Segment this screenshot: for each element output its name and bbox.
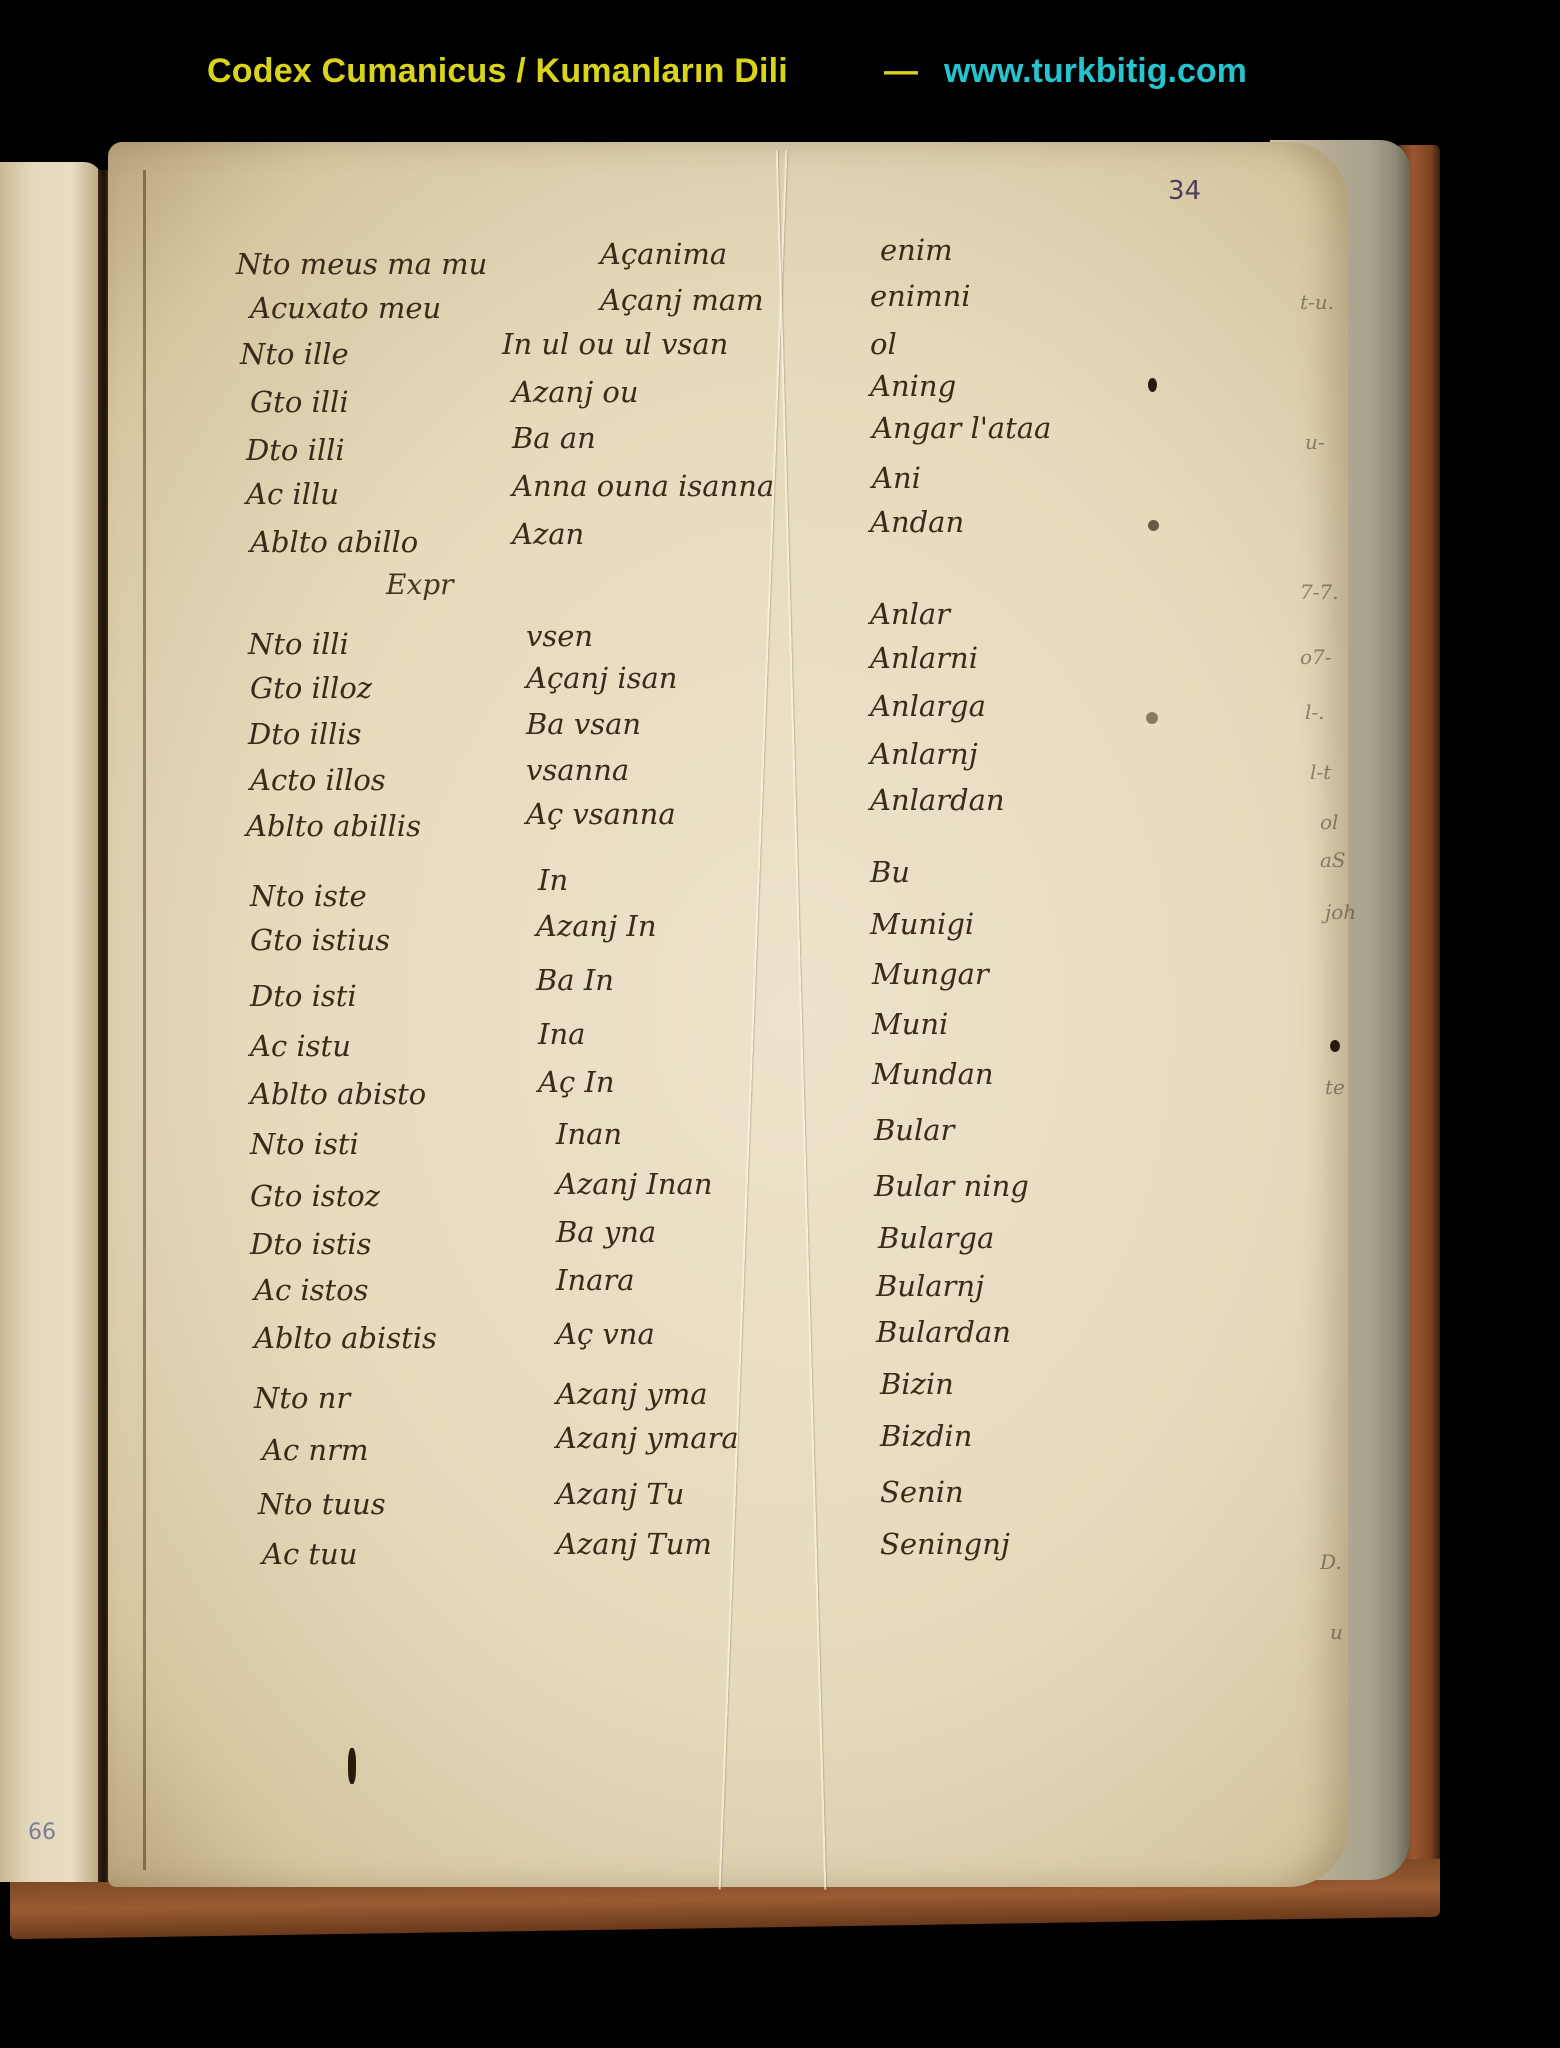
edge-scribble: l-t — [1310, 760, 1331, 784]
latin-cell: Ac nrm — [262, 1436, 368, 1465]
latin-cell: Nto illi — [248, 630, 349, 659]
persian-cell: Anna ouna isanna — [512, 472, 774, 501]
latin-cell: Nto meus ma mu — [236, 250, 487, 279]
section-heading: Expr — [386, 568, 454, 601]
persian-cell: Aç vna — [556, 1320, 655, 1349]
latin-cell: Gto illoz — [250, 674, 372, 703]
latin-cell: Dto isti — [250, 982, 357, 1011]
cuman-cell: enimni — [870, 282, 971, 311]
cuman-cell: Angar l'ataa — [872, 414, 1051, 443]
latin-cell: Acto illos — [250, 766, 386, 795]
cuman-cell: Bularnj — [876, 1272, 984, 1301]
persian-cell: Azanj yma — [556, 1380, 708, 1409]
persian-cell: In — [538, 866, 568, 895]
persian-cell: Açanj mam — [600, 286, 764, 315]
cuman-cell: Senin — [880, 1478, 964, 1507]
latin-cell: Gto istius — [250, 926, 390, 955]
cuman-cell: Bular ning — [874, 1172, 1029, 1201]
page-title: Codex Cumanicus / Kumanların Dili — [207, 52, 788, 91]
folio-number: 34 — [1168, 176, 1201, 206]
website-link[interactable]: www.turkbitig.com — [944, 52, 1247, 91]
cuman-cell: Anlarnj — [870, 740, 978, 769]
latin-cell: Ablto abillis — [246, 812, 421, 841]
ink-blot — [1148, 520, 1159, 531]
edge-scribble: ol — [1320, 810, 1338, 834]
persian-cell: Azan — [512, 520, 584, 549]
latin-cell: Ac istos — [254, 1276, 369, 1305]
edge-scribble: aS — [1320, 848, 1346, 872]
persian-cell: vsen — [526, 622, 593, 651]
latin-cell: Dto istis — [250, 1230, 372, 1259]
persian-cell: vsanna — [526, 756, 629, 785]
edge-scribble: 7-7. — [1300, 580, 1339, 604]
latin-cell: Ac istu — [250, 1032, 351, 1061]
latin-cell: Nto iste — [250, 882, 367, 911]
cuman-cell: Anlar — [870, 600, 950, 629]
persian-cell: Azanj Tu — [556, 1480, 684, 1509]
cuman-cell: ol — [870, 330, 897, 359]
latin-cell: Gto illi — [250, 388, 349, 417]
cuman-cell: Bular — [874, 1116, 954, 1145]
edge-scribble: te — [1325, 1075, 1345, 1099]
persian-cell: Inara — [556, 1266, 635, 1295]
edge-scribble: o7- — [1300, 645, 1332, 669]
cuman-cell: Anlarni — [870, 644, 978, 673]
latin-cell: Gto istoz — [250, 1182, 380, 1211]
latin-cell: Ablto abistis — [254, 1324, 437, 1353]
persian-cell: Inan — [556, 1120, 622, 1149]
cuman-cell: Bizin — [880, 1370, 954, 1399]
latin-cell: Nto ille — [240, 340, 349, 369]
persian-cell: Aç vsanna — [526, 800, 676, 829]
left-page-folio-number: 66 — [28, 1820, 56, 1845]
latin-cell: Nto nr — [254, 1384, 350, 1413]
persian-cell: Aç In — [538, 1068, 615, 1097]
persian-cell: Ba yna — [556, 1218, 656, 1247]
persian-cell: Ba In — [536, 966, 614, 995]
edge-scribble: t-u. — [1300, 290, 1334, 314]
cuman-cell: Munigi — [870, 910, 974, 939]
title-separator: — — [884, 52, 918, 91]
persian-cell: Açanj isan — [526, 664, 678, 693]
cuman-cell: enim — [880, 236, 953, 265]
latin-cell: Ablto abillo — [250, 528, 418, 557]
ink-blot — [1148, 378, 1157, 392]
latin-cell: Dto illi — [246, 436, 345, 465]
persian-cell: Ba vsan — [526, 710, 641, 739]
cuman-cell: Aning — [870, 372, 956, 401]
persian-cell: Azanj ymara — [556, 1424, 739, 1453]
cuman-cell: Muni — [872, 1010, 948, 1039]
edge-scribble: l-. — [1305, 700, 1325, 724]
cuman-cell: Bu — [870, 858, 910, 887]
persian-cell: Ina — [538, 1020, 585, 1049]
cuman-cell: Bizdin — [880, 1422, 972, 1451]
cuman-cell: Bulardan — [876, 1318, 1011, 1347]
latin-cell: Ac tuu — [262, 1540, 357, 1569]
edge-scribble: D. — [1320, 1550, 1342, 1574]
latin-cell: Nto isti — [250, 1130, 359, 1159]
cuman-cell: Bularga — [878, 1224, 994, 1253]
cuman-cell: Anlarga — [870, 692, 986, 721]
persian-cell: In ul ou ul vsan — [502, 330, 728, 359]
persian-cell: Azanj ou — [512, 378, 639, 407]
ink-blot — [1146, 712, 1158, 724]
edge-scribble: u- — [1305, 430, 1325, 454]
latin-cell: Acuxato meu — [250, 294, 441, 323]
persian-cell: Ba an — [512, 424, 596, 453]
edge-scribble: u — [1330, 1620, 1343, 1644]
persian-cell: Azanj Inan — [556, 1170, 713, 1199]
page-fold-line — [143, 170, 146, 1870]
latin-cell: Dto illis — [248, 720, 362, 749]
cuman-cell: Mundan — [872, 1060, 994, 1089]
latin-cell: Ablto abisto — [250, 1080, 426, 1109]
persian-cell: Azanj Tum — [556, 1530, 712, 1559]
header-banner: Codex Cumanicus / Kumanların Dili — www.… — [0, 52, 1560, 102]
latin-cell: Ac illu — [246, 480, 339, 509]
latin-cell: Nto tuus — [258, 1490, 386, 1519]
cuman-cell: Anlardan — [870, 786, 1005, 815]
persian-cell: Açanima — [600, 240, 727, 269]
ink-blot — [1330, 1040, 1340, 1052]
cuman-cell: Andan — [870, 508, 964, 537]
edge-scribble: joh — [1325, 900, 1356, 924]
cuman-cell: Mungar — [872, 960, 989, 989]
left-page-fragment — [0, 162, 102, 1882]
persian-cell: Azanj In — [536, 912, 657, 941]
ink-blot — [348, 1748, 356, 1784]
cuman-cell: Seningnj — [880, 1530, 1010, 1559]
cuman-cell: Ani — [872, 464, 921, 493]
